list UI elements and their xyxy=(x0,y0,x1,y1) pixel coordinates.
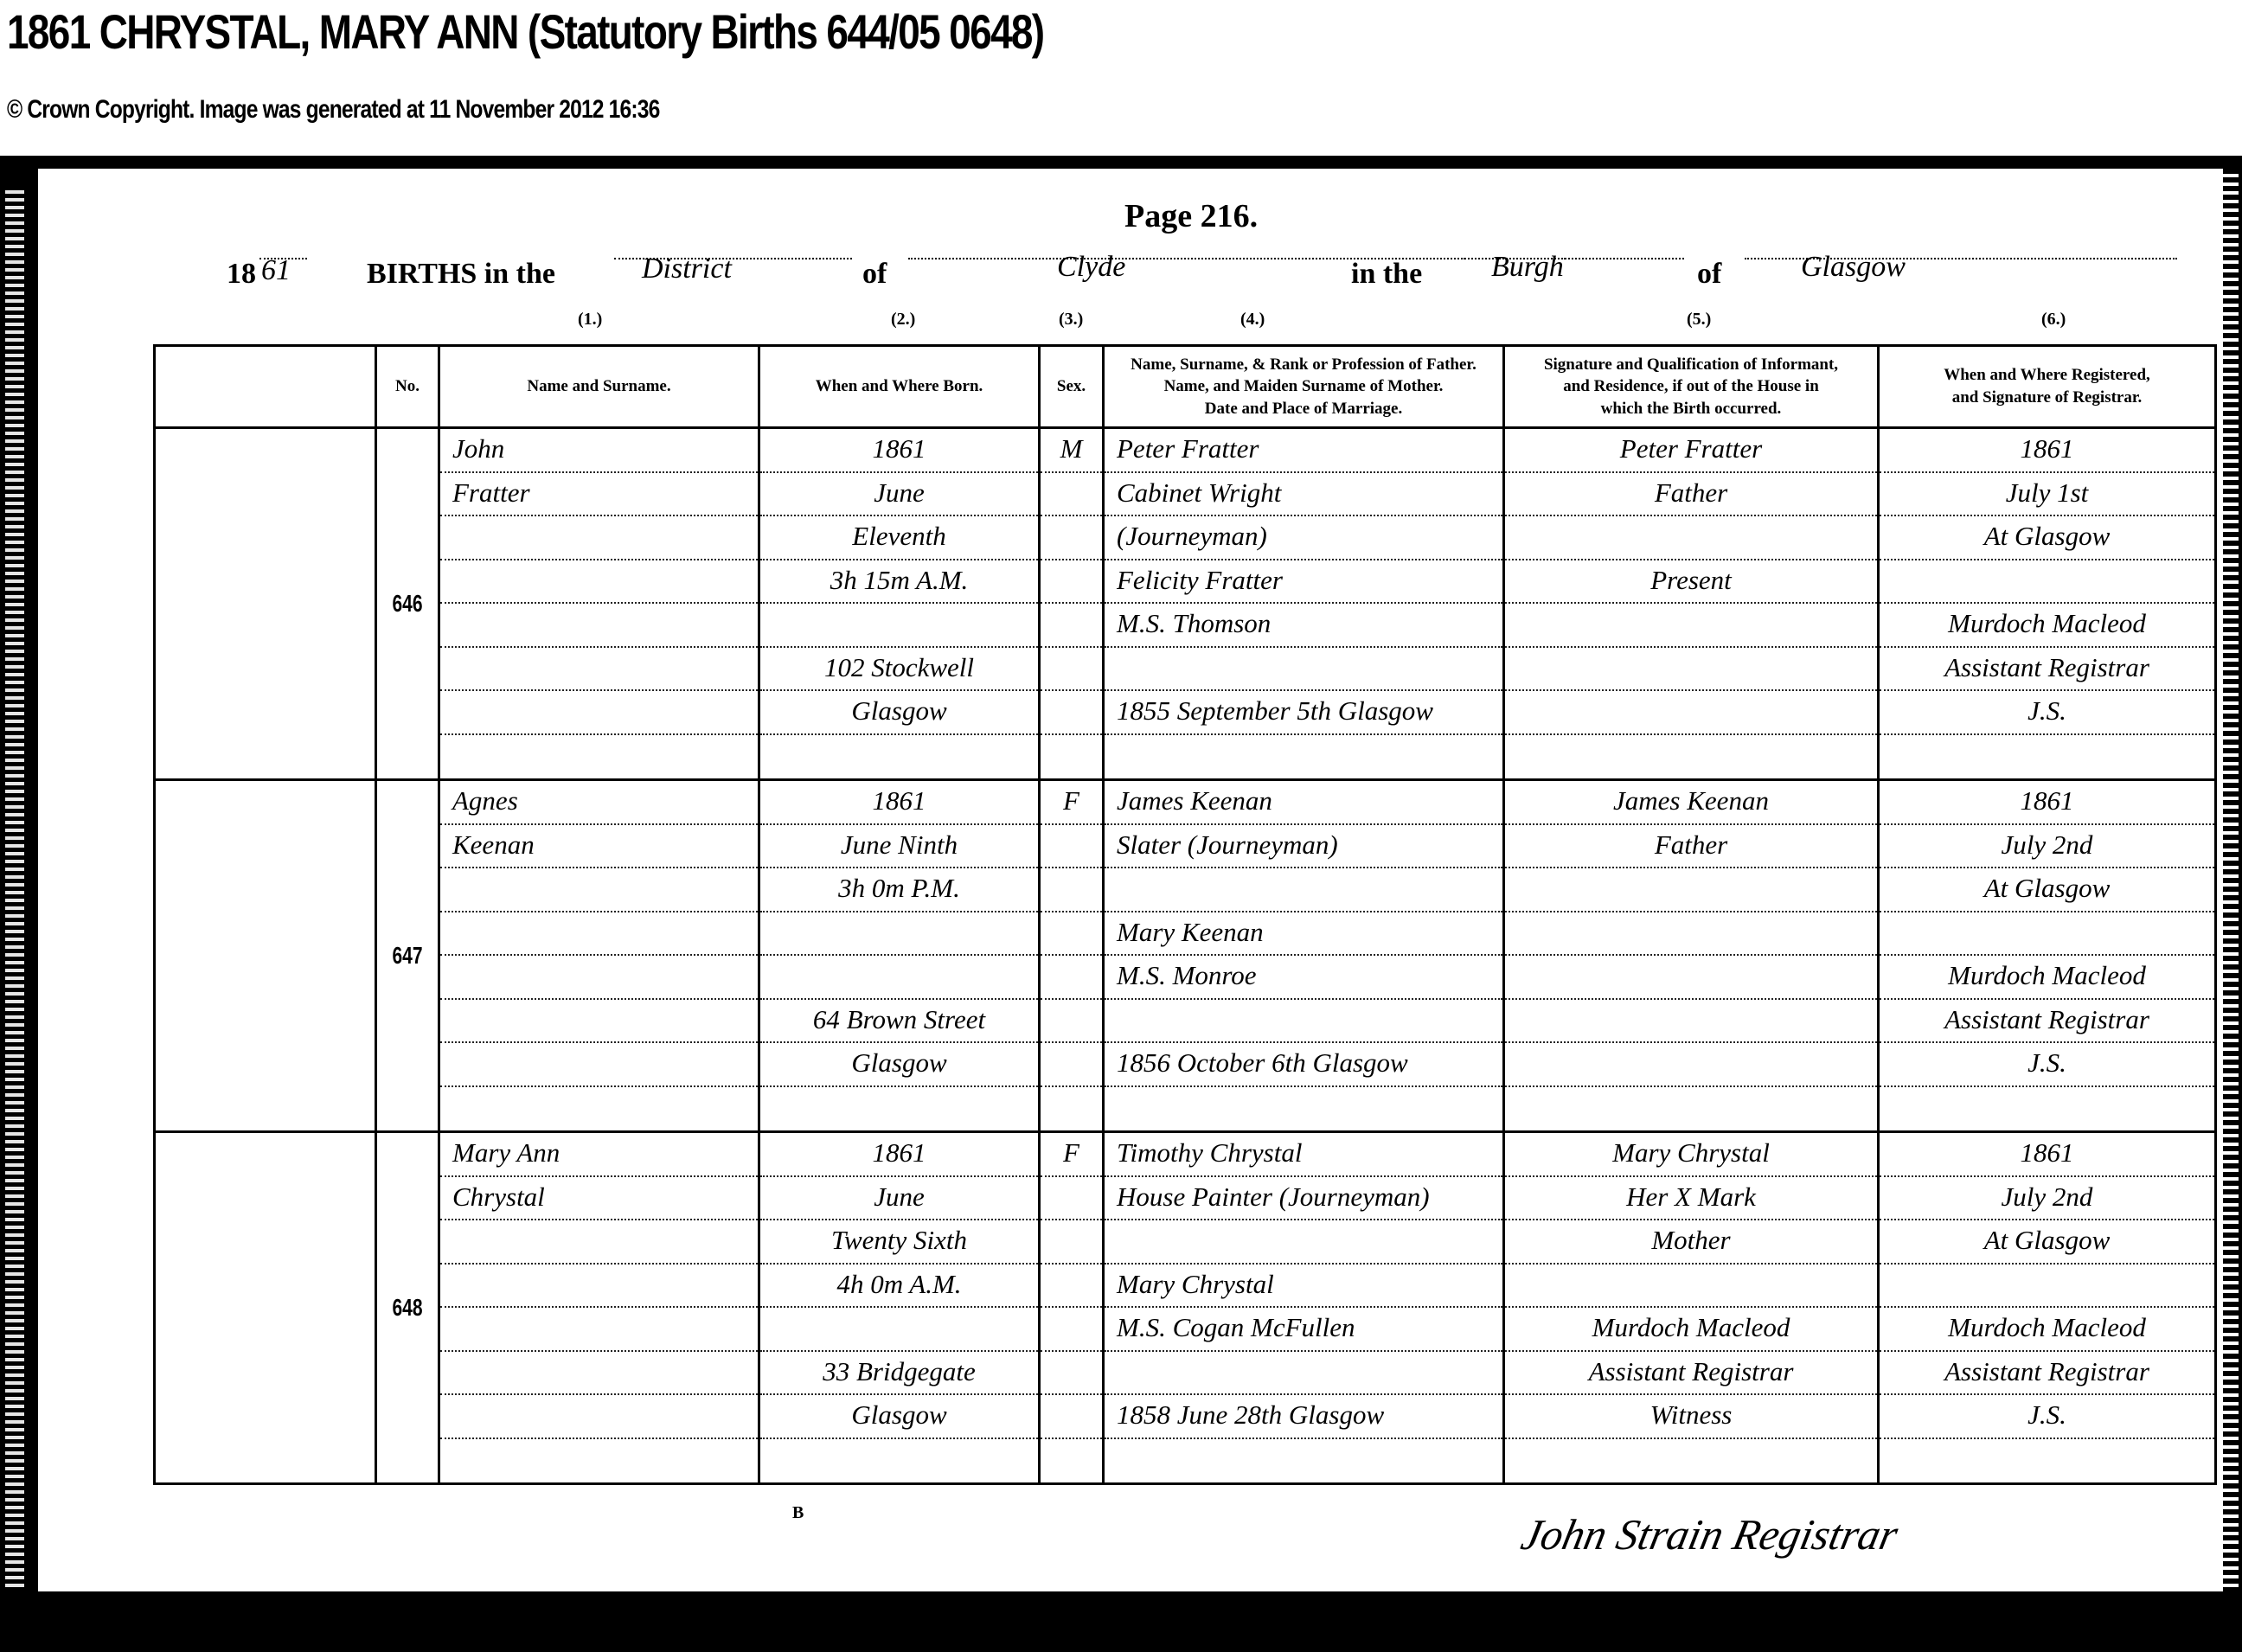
informant-column-line xyxy=(1505,956,1877,1000)
burgh-type: Burgh xyxy=(1491,251,1564,284)
informant-column-line xyxy=(1505,735,1877,779)
record-title: 1861 CHRYSTAL, MARY ANN (Statutory Birth… xyxy=(7,3,1043,60)
sex-column: F xyxy=(1040,1132,1104,1484)
sex-value: F xyxy=(1041,1133,1102,1177)
year-prefix: 18 xyxy=(227,258,256,291)
registered-column-line: 1861 xyxy=(1880,781,2214,825)
parents-column: Peter FratterCabinet Wright(Journeyman)F… xyxy=(1104,428,1504,780)
registered-column-line: At Glasgow xyxy=(1880,1220,2214,1265)
name-column-line xyxy=(440,1000,758,1044)
registered-column-line: Murdoch Macleod xyxy=(1880,956,2214,1000)
informant-column-line xyxy=(1505,604,1877,648)
parents-column-line: 1858 June 28th Glasgow xyxy=(1105,1395,1502,1439)
column-number: (4.) xyxy=(1240,310,1265,330)
born-column-line: Glasgow xyxy=(760,691,1038,735)
informant-column: Mary ChrystalHer X MarkMotherMurdoch Mac… xyxy=(1504,1132,1879,1484)
informant-column-line: James Keenan xyxy=(1505,781,1877,825)
informant-column-line xyxy=(1505,912,1877,957)
page-edge-left xyxy=(5,186,24,1591)
informant-column-line: Peter Fratter xyxy=(1505,429,1877,473)
births-in-the-label: BIRTHS in the xyxy=(367,258,555,291)
registered-column: 1861July 1stAt GlasgowMurdoch MacleodAss… xyxy=(1879,428,2216,780)
born-column: 1861June Ninth3h 0m P.M.64 Brown StreetG… xyxy=(759,780,1040,1132)
informant-column-line: Murdoch Macleod xyxy=(1505,1308,1877,1352)
name-column-line xyxy=(440,1220,758,1265)
parents-column-line: (Journeyman) xyxy=(1105,516,1502,560)
informant-column-line xyxy=(1505,1043,1877,1087)
copyright-notice: © Crown Copyright. Image was generated a… xyxy=(7,95,660,125)
register-entry: 648Mary AnnChrystal1861JuneTwenty Sixth4… xyxy=(155,1132,2216,1484)
parents-column-line: 1856 October 6th Glasgow xyxy=(1105,1043,1502,1087)
parents-column: Timothy ChrystalHouse Painter (Journeyma… xyxy=(1104,1132,1504,1484)
entry-number: 646 xyxy=(376,428,439,780)
born-column-line: 1861 xyxy=(760,1133,1038,1177)
registered-column-line: J.S. xyxy=(1880,691,2214,735)
born-column-line: Twenty Sixth xyxy=(760,1220,1038,1265)
entry-number-value: 647 xyxy=(385,942,431,970)
name-column-line xyxy=(440,1352,758,1396)
born-column-line: 102 Stockwell xyxy=(760,648,1038,692)
name-column-line xyxy=(440,1265,758,1309)
page-edge-right xyxy=(2223,169,2239,1591)
name-column-line xyxy=(440,648,758,692)
born-column-line xyxy=(760,604,1038,648)
parents-column-line: M.S. Monroe xyxy=(1105,956,1502,1000)
no-header: No. xyxy=(376,346,439,428)
born-column-line: 33 Bridgegate xyxy=(760,1352,1038,1396)
name-column-line xyxy=(440,868,758,912)
informant-column: James KeenanFather xyxy=(1504,780,1879,1132)
parents-column-line xyxy=(1105,1000,1502,1044)
name-column-line: Fratter xyxy=(440,473,758,517)
born-column-line: 1861 xyxy=(760,429,1038,473)
registered-column-line: Assistant Registrar xyxy=(1880,1352,2214,1396)
registered-column: 1861July 2ndAt GlasgowMurdoch MacleodAss… xyxy=(1879,1132,2216,1484)
born-column: 1861JuneEleventh3h 15m A.M.102 Stockwell… xyxy=(759,428,1040,780)
registered-header: When and Where Registered, and Signature… xyxy=(1879,346,2216,428)
informant-header: Signature and Qualification of Informant… xyxy=(1504,346,1879,428)
informant-column-line: Her X Mark xyxy=(1505,1177,1877,1221)
parents-column-line xyxy=(1105,648,1502,692)
informant-column: Peter FratterFatherPresent xyxy=(1504,428,1879,780)
born-column-line: 1861 xyxy=(760,781,1038,825)
parents-column-line: Mary Chrystal xyxy=(1105,1265,1502,1309)
informant-column-line xyxy=(1505,1439,1877,1483)
name-header: Name and Surname. xyxy=(439,346,759,428)
parents-column-line: James Keenan xyxy=(1105,781,1502,825)
name-column-line xyxy=(440,735,758,779)
born-column-line: 4h 0m A.M. xyxy=(760,1265,1038,1309)
of-label-2: of xyxy=(1697,258,1721,291)
born-column-line xyxy=(760,735,1038,779)
name-column-line xyxy=(440,956,758,1000)
informant-column-line xyxy=(1505,1000,1877,1044)
entry-number: 648 xyxy=(376,1132,439,1484)
registered-column: 1861July 2ndAt GlasgowMurdoch MacleodAss… xyxy=(1879,780,2216,1132)
name-column-line xyxy=(440,1308,758,1352)
parents-column-line: Mary Keenan xyxy=(1105,912,1502,957)
footer-mark: B xyxy=(792,1503,804,1523)
sex-value: M xyxy=(1041,429,1102,473)
informant-column-line: Father xyxy=(1505,825,1877,869)
margin-column xyxy=(155,428,376,780)
parents-header: Name, Surname, & Rank or Profession of F… xyxy=(1104,346,1504,428)
born-column-line xyxy=(760,1087,1038,1131)
name-column: AgnesKeenan xyxy=(439,780,759,1132)
column-number: (6.) xyxy=(2041,310,2066,330)
register-entry: 646JohnFratter1861JuneEleventh3h 15m A.M… xyxy=(155,428,2216,780)
registered-column-line: 1861 xyxy=(1880,429,2214,473)
in-the-label: in the xyxy=(1351,258,1422,291)
births-heading: 18 61 BIRTHS in the District of Clyde in… xyxy=(227,258,2181,310)
name-column-line: Agnes xyxy=(440,781,758,825)
sex-column: F xyxy=(1040,780,1104,1132)
born-column-line: Eleventh xyxy=(760,516,1038,560)
informant-column-line: Father xyxy=(1505,473,1877,517)
parents-column-line: Peter Fratter xyxy=(1105,429,1502,473)
name-column-line xyxy=(440,1043,758,1087)
name-column-line: Keenan xyxy=(440,825,758,869)
registered-column-line xyxy=(1880,735,2214,779)
column-number: (1.) xyxy=(578,310,602,330)
informant-column-line: Assistant Registrar xyxy=(1505,1352,1877,1396)
informant-column-line xyxy=(1505,1265,1877,1309)
born-column-line: June xyxy=(760,1177,1038,1221)
born-column-line xyxy=(760,1439,1038,1483)
registered-column-line: At Glasgow xyxy=(1880,516,2214,560)
born-column-line: June xyxy=(760,473,1038,517)
born-header: When and Where Born. xyxy=(759,346,1040,428)
born-column-line: Glasgow xyxy=(760,1043,1038,1087)
registered-column-line: Murdoch Macleod xyxy=(1880,604,2214,648)
informant-column-line xyxy=(1505,691,1877,735)
name-column-line xyxy=(440,691,758,735)
parents-column-line xyxy=(1105,735,1502,779)
registered-column-line: J.S. xyxy=(1880,1395,2214,1439)
registered-column-line: July 2nd xyxy=(1880,1177,2214,1221)
born-column-line: 3h 0m P.M. xyxy=(760,868,1038,912)
margin-column xyxy=(155,780,376,1132)
name-column-line xyxy=(440,1395,758,1439)
registered-column-line xyxy=(1880,1265,2214,1309)
register-entry: 647AgnesKeenan1861June Ninth3h 0m P.M.64… xyxy=(155,780,2216,1132)
born-column-line: June Ninth xyxy=(760,825,1038,869)
parents-column-line: Timothy Chrystal xyxy=(1105,1133,1502,1177)
entry-number-value: 648 xyxy=(385,1294,431,1322)
name-column-line xyxy=(440,1439,758,1483)
parents-column-line xyxy=(1105,1087,1502,1131)
margin-header xyxy=(155,346,376,428)
registered-column-line: At Glasgow xyxy=(1880,868,2214,912)
informant-column-line: Present xyxy=(1505,560,1877,605)
parents-column-line: M.S. Thomson xyxy=(1105,604,1502,648)
page-number: Page 216. xyxy=(1124,197,1258,235)
name-column-line: John xyxy=(440,429,758,473)
margin-column xyxy=(155,1132,376,1484)
informant-column-line xyxy=(1505,1087,1877,1131)
informant-column-line xyxy=(1505,648,1877,692)
district-name: Clyde xyxy=(1057,251,1125,284)
registered-column-line: Assistant Registrar xyxy=(1880,648,2214,692)
registered-column-line: July 1st xyxy=(1880,473,2214,517)
informant-column-line xyxy=(1505,868,1877,912)
informant-column-line: Mary Chrystal xyxy=(1505,1133,1877,1177)
name-column-line: Mary Ann xyxy=(440,1133,758,1177)
column-number: (3.) xyxy=(1059,310,1083,330)
registered-column-line xyxy=(1880,1087,2214,1131)
registered-column-line xyxy=(1880,1439,2214,1483)
parents-column-line: M.S. Cogan McFullen xyxy=(1105,1308,1502,1352)
born-column-line xyxy=(760,1308,1038,1352)
of-label-1: of xyxy=(862,258,887,291)
name-column-line xyxy=(440,516,758,560)
registered-column-line xyxy=(1880,560,2214,605)
parents-column-line: Felicity Fratter xyxy=(1105,560,1502,605)
name-column-line: Chrystal xyxy=(440,1177,758,1221)
entry-number-value: 646 xyxy=(385,590,431,618)
header-row: No. Name and Surname. When and Where Bor… xyxy=(155,346,2216,428)
column-number: (2.) xyxy=(891,310,915,330)
parents-column-line: House Painter (Journeyman) xyxy=(1105,1177,1502,1221)
registered-column-line: 1861 xyxy=(1880,1133,2214,1177)
name-column: JohnFratter xyxy=(439,428,759,780)
born-column-line: 3h 15m A.M. xyxy=(760,560,1038,605)
born-column-line xyxy=(760,956,1038,1000)
born-column-line xyxy=(760,912,1038,957)
registered-column-line: Assistant Registrar xyxy=(1880,1000,2214,1044)
parents-column-line: 1855 September 5th Glasgow xyxy=(1105,691,1502,735)
name-column-line xyxy=(440,1087,758,1131)
parents-column-line xyxy=(1105,868,1502,912)
registered-column-line: Murdoch Macleod xyxy=(1880,1308,2214,1352)
parents-column-line xyxy=(1105,1220,1502,1265)
born-column-line: 64 Brown Street xyxy=(760,1000,1038,1044)
registered-column-line: July 2nd xyxy=(1880,825,2214,869)
name-column: Mary AnnChrystal xyxy=(439,1132,759,1484)
name-column-line xyxy=(440,912,758,957)
informant-column-line: Mother xyxy=(1505,1220,1877,1265)
parents-column-line: Cabinet Wright xyxy=(1105,473,1502,517)
burgh-name: Glasgow xyxy=(1801,251,1906,284)
column-number: (5.) xyxy=(1687,310,1711,330)
registered-column-line xyxy=(1880,912,2214,957)
name-column-line xyxy=(440,604,758,648)
sex-value: F xyxy=(1041,781,1102,825)
births-register-table: No. Name and Surname. When and Where Bor… xyxy=(153,344,2217,1485)
registered-column-line: J.S. xyxy=(1880,1043,2214,1087)
entry-number: 647 xyxy=(376,780,439,1132)
born-column: 1861JuneTwenty Sixth4h 0m A.M.33 Bridgeg… xyxy=(759,1132,1040,1484)
sex-header: Sex. xyxy=(1040,346,1104,428)
informant-column-line xyxy=(1505,516,1877,560)
registrar-signature: John Strain Registrar xyxy=(1517,1509,1903,1559)
parents-column-line: Slater (Journeyman) xyxy=(1105,825,1502,869)
name-column-line xyxy=(440,560,758,605)
parents-column-line xyxy=(1105,1439,1502,1483)
informant-column-line: Witness xyxy=(1505,1395,1877,1439)
born-column-line: Glasgow xyxy=(760,1395,1038,1439)
sex-column: M xyxy=(1040,428,1104,780)
parents-column: James KeenanSlater (Journeyman)Mary Keen… xyxy=(1104,780,1504,1132)
parents-column-line xyxy=(1105,1352,1502,1396)
